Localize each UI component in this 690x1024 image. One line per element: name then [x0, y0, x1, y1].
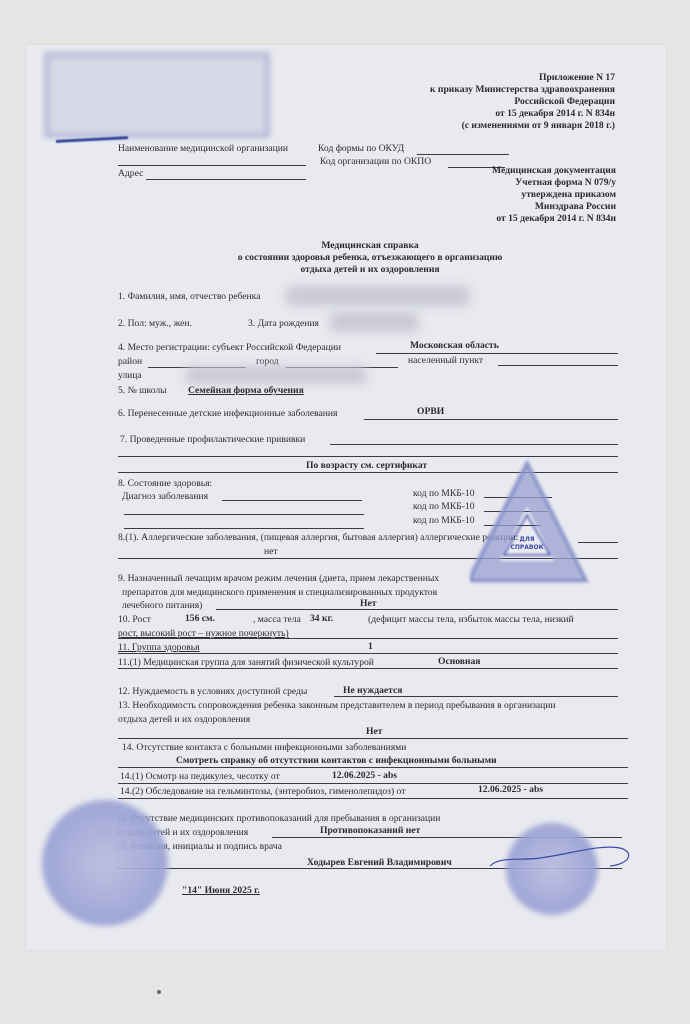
- field-11-1-line: [118, 668, 618, 669]
- field-10-label: 10. Рост: [118, 614, 151, 626]
- street-label: улица: [118, 370, 142, 382]
- document-title: Медицинская справка о состоянии здоровья…: [180, 240, 560, 276]
- field-8-1-label: 8.(1). Аллергические заболевания, (пищев…: [118, 532, 518, 544]
- field-14-line: [118, 767, 628, 768]
- mkb-label-2: код по МКБ-10: [413, 501, 475, 513]
- mass-value: 34 кг.: [310, 613, 333, 625]
- form-info: Медицинская документация Учетная форма N…: [380, 165, 616, 225]
- form-info-line: утверждена приказом: [380, 189, 616, 201]
- address-label: Адрес: [118, 168, 143, 180]
- field-8-label: 8. Состояние здоровья:: [118, 478, 212, 490]
- appendix-header: Приложение N 17 к приказу Министерства з…: [380, 72, 615, 132]
- field-13-line: [118, 738, 628, 739]
- child-name-redacted: [286, 286, 470, 306]
- field-14-1-line: [118, 783, 628, 784]
- field-9-line: [216, 609, 618, 610]
- field-14-2-value: 12.06.2025 - abs: [478, 784, 543, 796]
- field-12-value: Не нуждается: [343, 685, 402, 697]
- org-name-label: Наименование медицинской организации: [118, 143, 288, 155]
- street-redacted: [186, 366, 366, 384]
- field-11-1-value: Основная: [438, 656, 481, 668]
- header-line: (с изменениями от 9 января 2018 г.): [380, 120, 615, 132]
- field-10-line: [118, 638, 618, 639]
- field-1-label: 1. Фамилия, имя, отчество ребенка: [118, 291, 260, 303]
- stamp-text-line: СПРАВОК: [502, 544, 552, 552]
- locality-label: населенный пункт: [408, 355, 483, 367]
- okud-line: [417, 154, 509, 155]
- field-10-note: (дефицит массы тела, избыток массы тела,…: [368, 614, 574, 626]
- field-2-label: 2. Пол: муж., жен.: [118, 318, 192, 330]
- locality-line: [498, 365, 618, 366]
- header-line: Российской Федерации: [380, 96, 615, 108]
- birth-date-redacted: [330, 312, 418, 332]
- field-13-label-2: отдыха детей и их оздоровления: [118, 714, 250, 726]
- stamp-text-line: ДЛЯ: [502, 536, 552, 544]
- document-date: "14" Июня 2025 г.: [182, 885, 260, 897]
- okud-label: Код формы по ОКУД: [318, 143, 404, 155]
- field-15-value: Противопоказаний нет: [320, 825, 420, 837]
- speck: [157, 990, 161, 994]
- field-14-2-label: 14.(2) Обследование на гельминтозы, (энт…: [120, 786, 405, 798]
- field-15-label-1: 15. Отсутствие медицинских противопоказа…: [116, 813, 440, 825]
- form-info-line: Минздрава России: [380, 201, 616, 213]
- field-8-1-value: нет: [264, 546, 278, 558]
- field-4-line: [376, 353, 618, 354]
- field-6-line: [364, 419, 618, 420]
- field-7-value: По возрасту см. сертификат: [306, 460, 427, 472]
- field-14-value: Смотреть справку об отсутствии контактов…: [176, 755, 497, 767]
- field-14-1-value: 12.06.2025 - abs: [332, 770, 397, 782]
- org-name-line: [118, 165, 306, 166]
- field-14-2-line: [118, 798, 628, 799]
- field-9-label-3: лечебного питания): [122, 600, 202, 612]
- title-line: отдыха детей и их оздоровления: [180, 264, 560, 276]
- header-line: от 15 декабря 2014 г. N 834н: [380, 108, 615, 120]
- form-info-line: Учетная форма N 079/у: [380, 177, 616, 189]
- field-4-label: 4. Место регистрации: субъект Российской…: [118, 342, 341, 354]
- triangle-stamp-text: ДЛЯ СПРАВОК: [502, 536, 552, 552]
- title-line: Медицинская справка: [180, 240, 560, 252]
- title-line: о состоянии здоровья ребенка, отъезжающе…: [180, 252, 560, 264]
- field-14-1-label: 14.(1) Осмотр на педикулез, чесотку от: [120, 771, 280, 783]
- field-6-value: ОРВИ: [417, 406, 444, 418]
- mkb-label-1: код по МКБ-10: [413, 488, 475, 500]
- field-6-label: 6. Перенесенные детские инфекционные заб…: [118, 408, 337, 420]
- header-line: к приказу Министерства здравоохранения: [380, 84, 615, 96]
- mkb-label-3: код по МКБ-10: [413, 515, 475, 527]
- address-line: [146, 179, 306, 180]
- height-value: 156 см.: [185, 613, 215, 625]
- diagnosis-line-1: [222, 500, 362, 501]
- organization-stamp: [44, 52, 270, 138]
- field-11-value: 1: [368, 641, 373, 653]
- field-5-label: 5. № школы: [118, 385, 167, 397]
- district-label: район: [118, 356, 142, 368]
- field-3-label: 3. Дата рождения: [248, 318, 319, 330]
- form-info-line: от 15 декабря 2014 г. N 834н: [380, 213, 616, 225]
- form-info-line: Медицинская документация: [380, 165, 616, 177]
- field-5-value: Семейная форма обучения: [188, 385, 304, 397]
- field-13-label-1: 13. Необходимость сопровождения ребенка …: [118, 700, 556, 712]
- field-12-label: 12. Нуждаемость в условиях доступной сре…: [118, 686, 307, 698]
- field-11-line: [118, 653, 618, 654]
- mass-label: , масса тела: [253, 614, 301, 626]
- header-line: Приложение N 17: [380, 72, 615, 84]
- round-stamp-left: [42, 800, 168, 926]
- field-14-label: 14. Отсутствие контакта с больными инфек…: [122, 742, 406, 754]
- field-9-label-2: препаратов для медицинского применения и…: [122, 587, 437, 599]
- field-9-label-1: 9. Назначенный лечащим врачом режим лече…: [118, 573, 439, 585]
- field-13-value: Нет: [366, 726, 382, 738]
- field-7-line-2: [118, 456, 618, 457]
- field-7-line-1: [330, 444, 618, 445]
- field-7-label: 7. Проведенные профилактические прививки: [120, 434, 305, 446]
- doctor-signature: [480, 836, 640, 876]
- diagnosis-label: Диагноз заболевания: [122, 491, 208, 503]
- field-9-value: Нет: [360, 598, 376, 610]
- diagnosis-line-3: [124, 528, 364, 529]
- field-4-value: Московская область: [410, 340, 499, 352]
- diagnosis-line-2: [124, 514, 364, 515]
- triangle-stamp: [470, 460, 595, 585]
